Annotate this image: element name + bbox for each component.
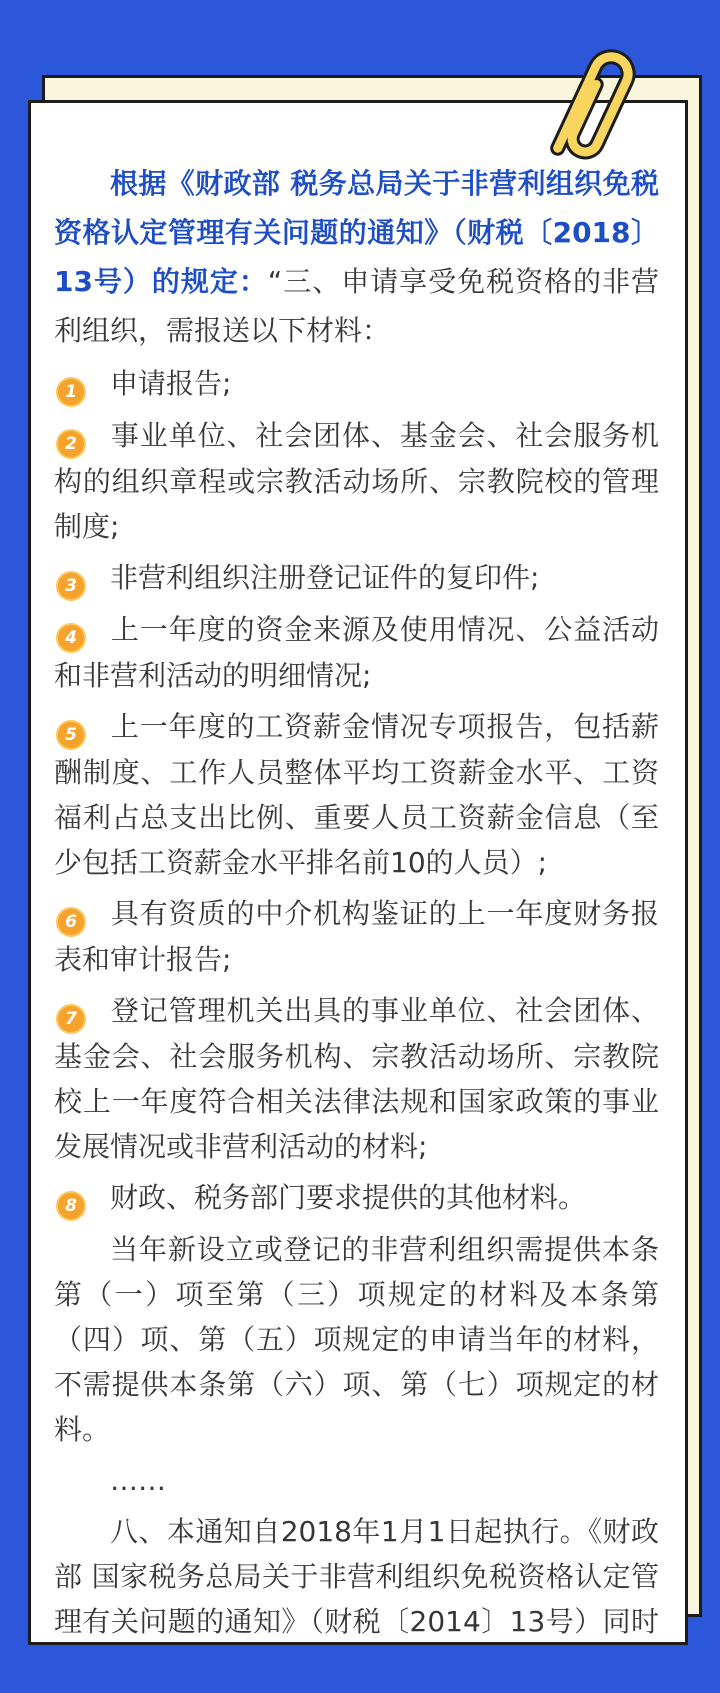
list-item: 2事业单位、社会团体、基金会、社会服务机构的组织章程或宗教活动场所、宗教院校的管… bbox=[54, 413, 659, 549]
item-text: 事业单位、社会团体、基金会、社会服务机构的组织章程或宗教活动场所、宗教院校的管理… bbox=[54, 419, 659, 543]
infographic-page: 根据《财政部 税务总局关于非营利组织免税资格认定管理有关问题的通知》（财税〔20… bbox=[0, 0, 720, 1693]
list-item: 5上一年度的工资薪金情况专项报告，包括薪酬制度、工作人员整体平均工资薪金水平、工… bbox=[54, 704, 659, 885]
effective-date-paragraph: 八、本通知自2018年1月1日起执行。《财政部 国家税务总局关于非营利组织免税资… bbox=[54, 1509, 659, 1645]
item-number-badge: 7 bbox=[56, 1004, 86, 1034]
item-text: 上一年度的工资薪金情况专项报告，包括薪酬制度、工作人员整体平均工资薪金水平、工资… bbox=[54, 710, 659, 879]
item-number-badge: 8 bbox=[56, 1191, 86, 1221]
intro-paragraph: 根据《财政部 税务总局关于非营利组织免税资格认定管理有关问题的通知》（财税〔20… bbox=[54, 159, 659, 355]
item-number-badge: 3 bbox=[56, 571, 86, 601]
item-text: 申请报告; bbox=[110, 367, 231, 400]
list-item: 8财政、税务部门要求提供的其他材料。 bbox=[54, 1175, 659, 1221]
ellipsis-line: …… bbox=[54, 1458, 659, 1503]
item-number-badge: 2 bbox=[56, 429, 86, 459]
item-text: 非营利组织注册登记证件的复印件; bbox=[110, 561, 539, 594]
list-item: 3非营利组织注册登记证件的复印件; bbox=[54, 555, 659, 601]
paperclip-icon bbox=[543, 28, 647, 178]
item-number-badge: 4 bbox=[56, 623, 86, 653]
item-number-badge: 5 bbox=[56, 720, 86, 750]
new-org-paragraph: 当年新设立或登记的非营利组织需提供本条第（一）项至第（三）项规定的材料及本条第（… bbox=[54, 1227, 659, 1452]
list-item: 1申请报告; bbox=[54, 361, 659, 407]
item-text: 具有资质的中介机构鉴证的上一年度财务报表和审计报告; bbox=[54, 897, 659, 976]
list-item: 6具有资质的中介机构鉴证的上一年度财务报表和审计报告; bbox=[54, 891, 659, 982]
item-number-badge: 6 bbox=[56, 907, 86, 937]
item-text: 上一年度的资金来源及使用情况、公益活动和非营利活动的明细情况; bbox=[54, 613, 659, 692]
item-text: 财政、税务部门要求提供的其他材料。 bbox=[110, 1181, 586, 1214]
list-item: 4上一年度的资金来源及使用情况、公益活动和非营利活动的明细情况; bbox=[54, 607, 659, 698]
item-number-badge: 1 bbox=[56, 377, 86, 407]
list-item: 7登记管理机关出具的事业单位、社会团体、基金会、社会服务机构、宗教活动场所、宗教… bbox=[54, 988, 659, 1169]
item-text: 登记管理机关出具的事业单位、社会团体、基金会、社会服务机构、宗教活动场所、宗教院… bbox=[54, 994, 659, 1163]
notice-card: 根据《财政部 税务总局关于非营利组织免税资格认定管理有关问题的通知》（财税〔20… bbox=[28, 100, 688, 1645]
